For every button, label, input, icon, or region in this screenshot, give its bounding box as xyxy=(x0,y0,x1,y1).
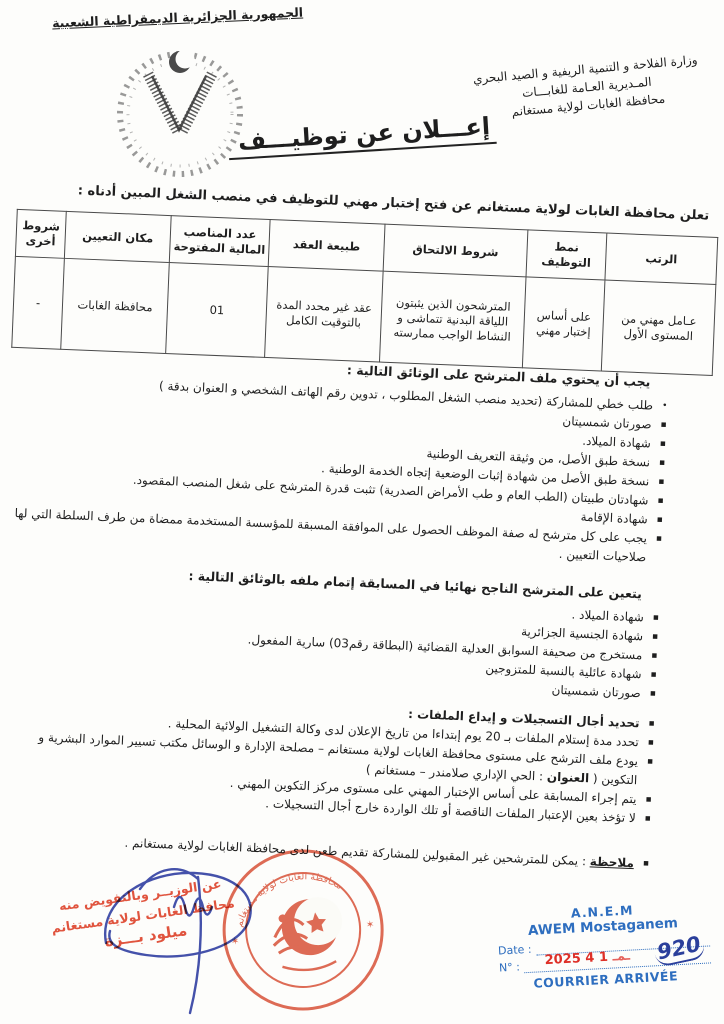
bullet-square-icon: ▪ xyxy=(645,791,652,810)
ministry-header-block: وزارة الفلاحة و التنمية الريفية و الصيد … xyxy=(465,50,709,125)
section1-list: •طلب خطي للمشاركة (تحديد منصب الشغل المط… xyxy=(13,371,667,568)
bullet-square-icon: ▪ xyxy=(656,530,663,549)
bullet-square-icon: ▪ xyxy=(657,492,664,511)
scanned-job-announcement-document: { "markers": { "dot": "•", "square": "▪"… xyxy=(0,0,724,1024)
cell-contract-type: عقد غير محدد المدة بالتوقيت الكامل xyxy=(265,267,384,363)
bullet-square-icon: ▪ xyxy=(649,685,656,704)
official-round-stamp: محافظة الغابات لولاية مستغانم ✶ ✶ xyxy=(208,828,399,1024)
bullet-square-icon: ▪ xyxy=(644,810,651,829)
bullet-square-icon: ▪ xyxy=(650,666,657,685)
bullet-square-icon: ▪ xyxy=(643,855,650,874)
cell-entry-conditions: المترشحون الذين يثبتون اللياقة البدنية ت… xyxy=(379,271,526,368)
cell-recruitment-mode: على أساس إختبار مهني xyxy=(522,277,605,371)
bullet-square-icon: ▪ xyxy=(659,454,666,473)
bullet-square-icon: ▪ xyxy=(656,511,663,530)
anem-arrival-stamp: A.N.E.M AWEM Mostaganem Date : N° : 2025… xyxy=(496,900,712,993)
cell-rank: عـامل مهني من المستوى الأول xyxy=(601,280,716,375)
bullet-square-icon: ▪ xyxy=(659,435,666,454)
bullet-dot-icon: • xyxy=(662,397,668,416)
stamp-star-left: ✶ xyxy=(230,936,240,948)
col-assignment-place: مكان التعيين xyxy=(64,211,171,262)
cell-assignment-place: محافظة الغابات xyxy=(61,258,170,353)
republic-header-line: الجمهورية الجزائرية الديمقراطية الشعبية xyxy=(52,5,304,31)
cell-other-conditions: - xyxy=(12,256,65,349)
job-position-table: الرتب نمط التوظيف شروط الالتحاق طبيعة ال… xyxy=(11,209,718,376)
bullet-square-icon: ▪ xyxy=(660,416,667,435)
col-open-positions: عدد المناصب المالية المفتوحة xyxy=(169,216,270,267)
crescent-icon xyxy=(169,50,195,74)
document-body: تعلن محافظة الغابات لولاية مستغانم عن فت… xyxy=(0,169,724,902)
bullet-square-icon: ▪ xyxy=(658,473,665,492)
col-other-conditions: شروط أخرى xyxy=(15,209,66,258)
number-label: N° : xyxy=(499,960,521,974)
bullet-square-icon: ▪ xyxy=(647,753,654,772)
fir-branches-icon xyxy=(148,74,212,132)
bullet-square-icon: ▪ xyxy=(647,734,654,753)
cell-open-positions: 01 xyxy=(166,263,269,358)
bullet-square-icon: ▪ xyxy=(648,715,655,734)
col-entry-conditions: شروط الالتحاق xyxy=(383,224,528,277)
col-contract-type: طبيعة العقد xyxy=(268,220,385,272)
stamp-star-right: ✶ xyxy=(365,919,375,931)
col-rank: الرتب xyxy=(605,233,718,284)
bullet-square-icon: ▪ xyxy=(652,628,659,647)
bullet-square-icon: ▪ xyxy=(651,647,658,666)
bullet-square-icon: ▪ xyxy=(652,609,659,628)
note-label: ملاحظة xyxy=(590,854,635,870)
section2-list: ▪شهادة الميلاد . ▪شهادة الجنسية الجزائري… xyxy=(8,583,659,704)
deposit-address-label: العنوان xyxy=(547,770,590,786)
section3-list: ▪تحديد أجال التسجيلات و إيداع الملفات : … xyxy=(3,689,655,829)
col-recruitment-mode: نمط التوظيف xyxy=(526,230,607,280)
